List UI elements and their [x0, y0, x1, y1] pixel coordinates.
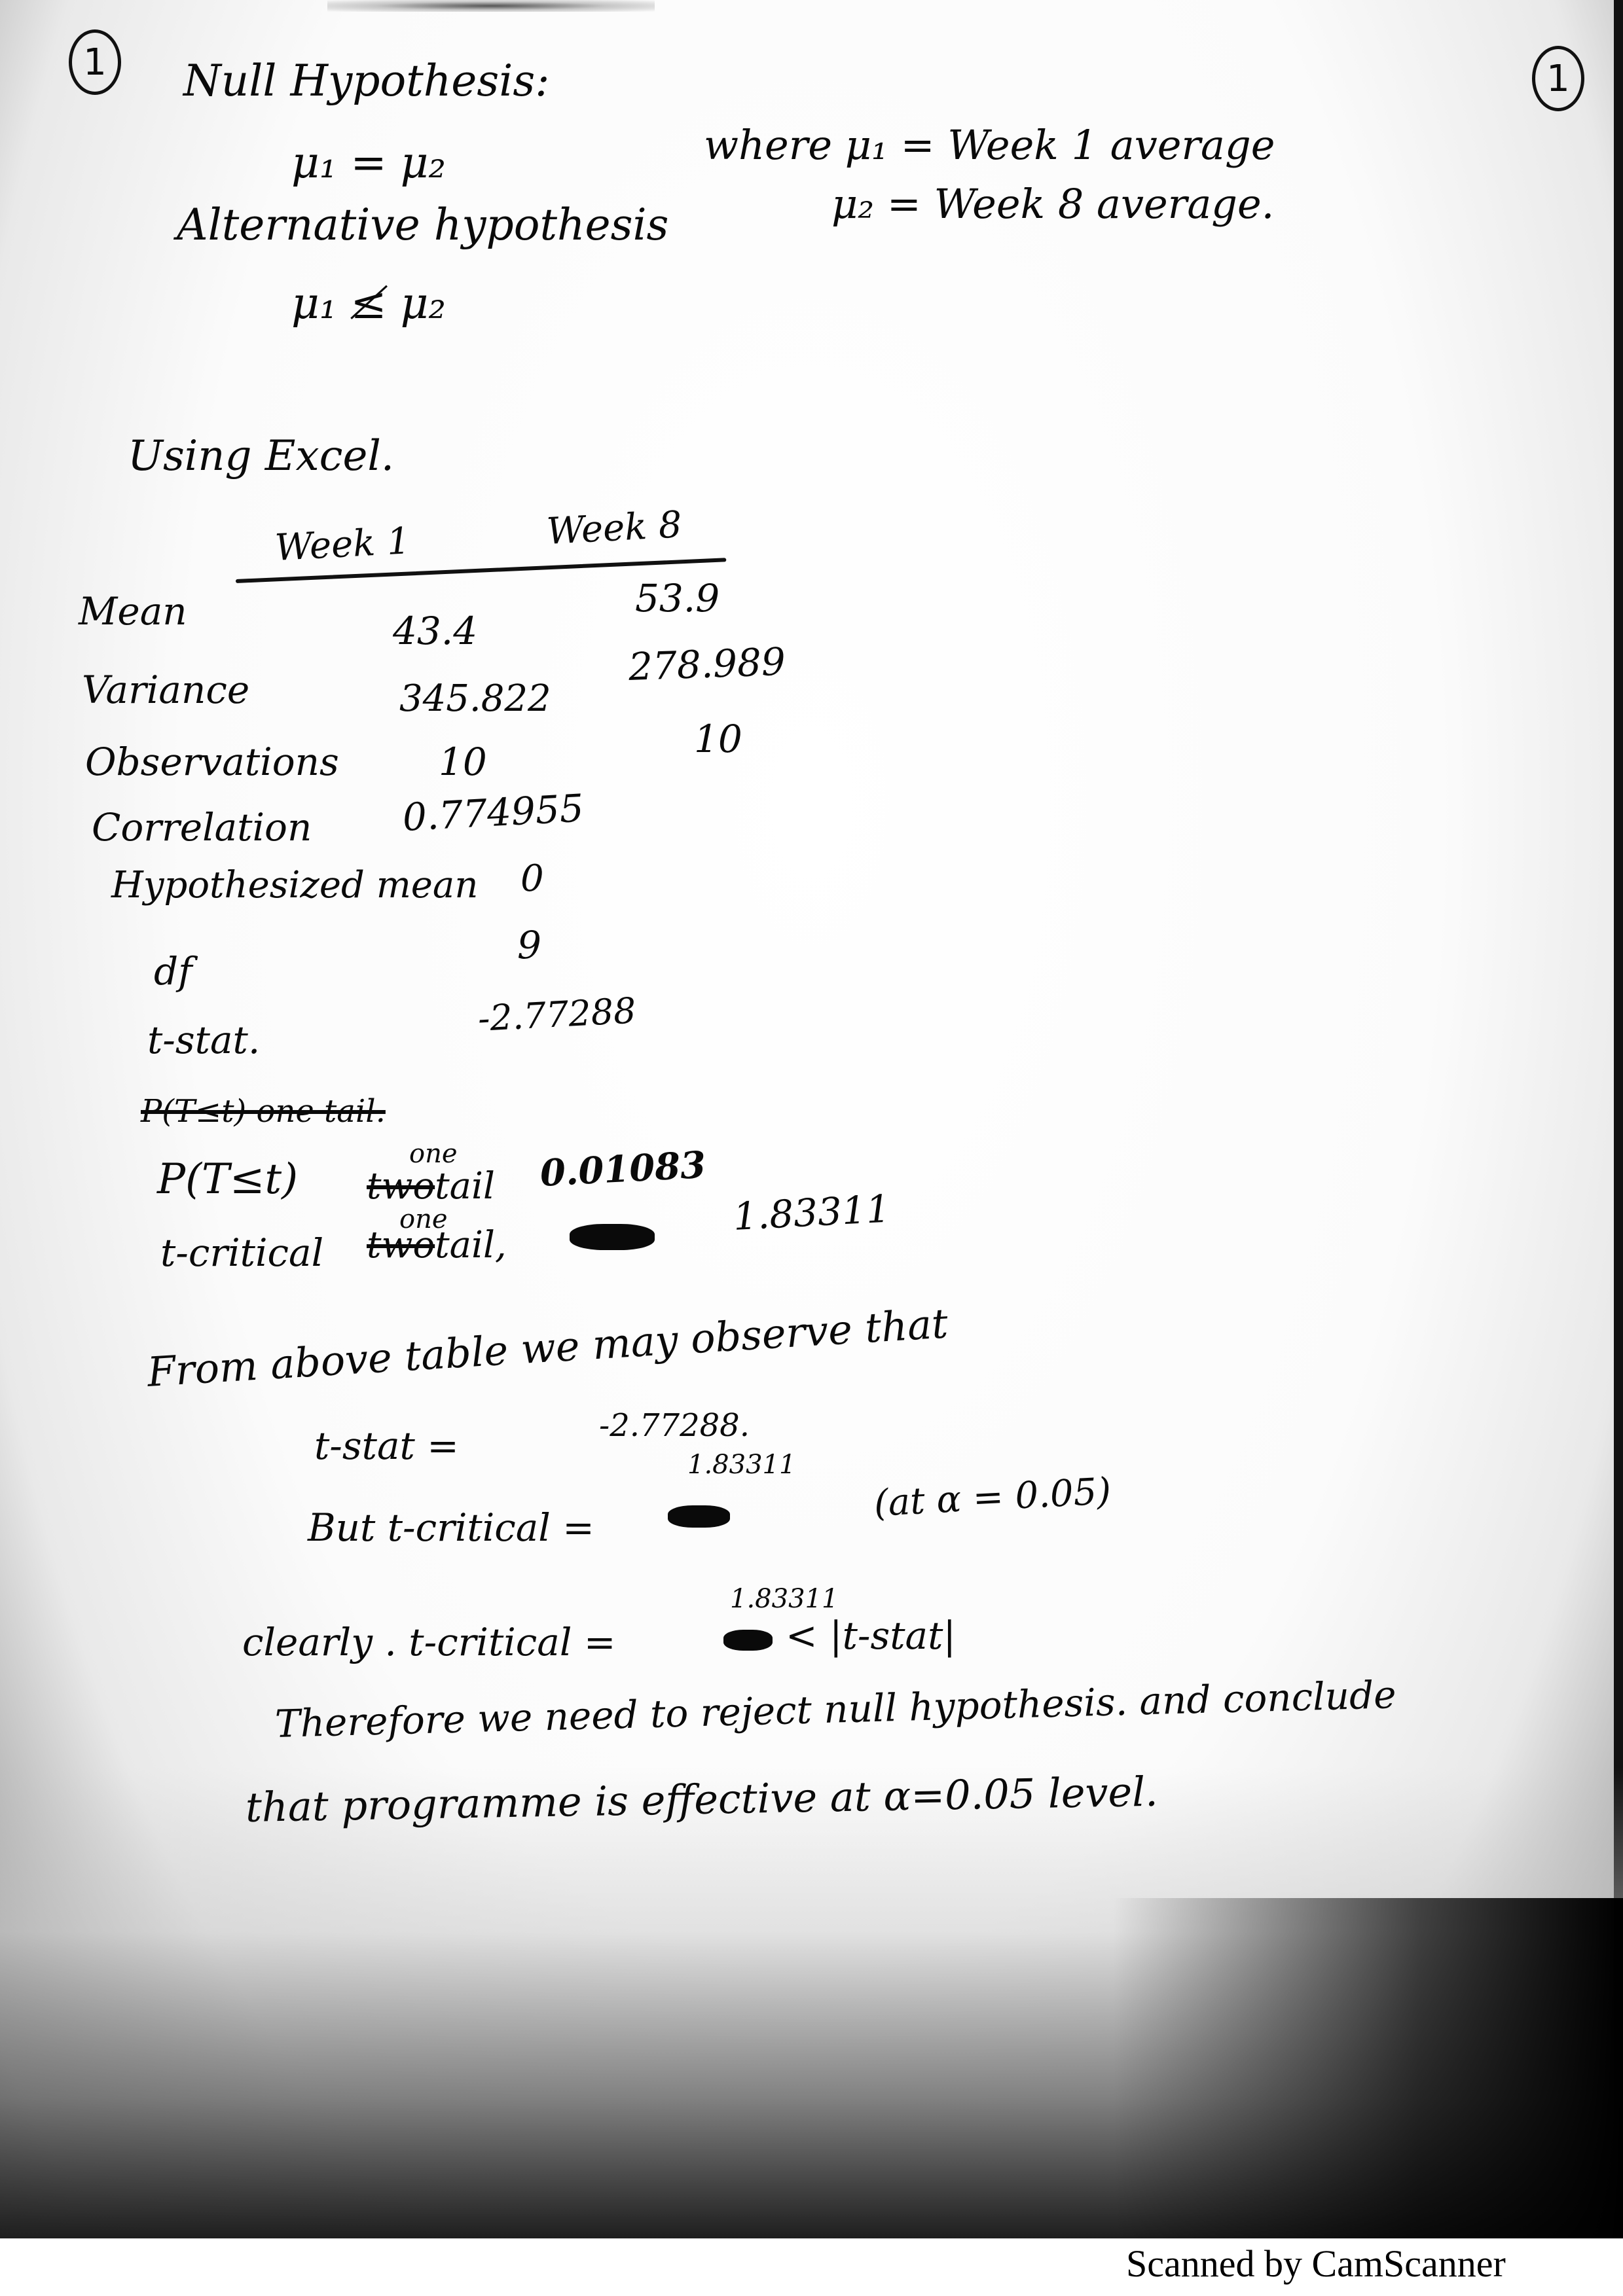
row-label-mean: Mean [79, 589, 187, 634]
scribbled-out-value [668, 1505, 730, 1528]
scan-shadow-corner [1113, 1898, 1623, 2238]
row-label-observations: Observations [85, 740, 339, 784]
df-value: 9 [517, 923, 541, 967]
variance-week1: 345.822 [399, 677, 551, 720]
scribbled-out-value [723, 1630, 773, 1651]
t-critical-line-label: But t-critical = [308, 1505, 594, 1550]
struck-out-p-label: P(T≤t) one tail. [141, 1093, 386, 1130]
scan-smudge [327, 0, 655, 12]
clearly-correction: 1.83311 [730, 1584, 838, 1614]
t-critical-correction: 1.83311 [687, 1450, 795, 1480]
page-number-right: 1 [1532, 46, 1584, 111]
t-critical-tail: twotail, [367, 1224, 507, 1266]
p-value-tail: twotail [367, 1165, 495, 1208]
mean-week8: 53.9 [635, 576, 720, 620]
hypothesized-mean-value: 0 [520, 857, 544, 900]
p-value: 0.01083 [539, 1143, 706, 1195]
row-label-correlation: Correlation [92, 805, 312, 850]
t-stat-value: -2.77288 [477, 990, 637, 1039]
observations-week1: 10 [439, 740, 487, 784]
t-stat-line-value: -2.77288. [599, 1407, 750, 1444]
scanner-watermark: Scanned by CamScanner [1126, 2242, 1506, 2286]
where-mu1-definition: where μ₁ = Week 1 average [704, 121, 1275, 169]
null-hypothesis-label: Null Hypothesis: [183, 56, 549, 106]
observations-week8: 10 [694, 717, 742, 761]
p-value-struck-tail: two [367, 1165, 435, 1208]
where-mu2-definition: μ₂ = Week 8 average. [831, 180, 1274, 228]
scribbled-out-value [570, 1224, 655, 1250]
alt-hypothesis-expr: μ₁ ≰ μ₂ [291, 278, 446, 329]
variance-week8: 278.989 [628, 639, 786, 689]
null-hypothesis-expr: μ₁ = μ₂ [291, 137, 446, 188]
alt-hypothesis-label: Alternative hypothesis [177, 200, 668, 250]
row-label-df: df [154, 949, 192, 994]
column-header-week1: Week 1 [274, 520, 411, 569]
t-critical-label: t-critical [160, 1230, 323, 1275]
mean-week1: 43.4 [393, 609, 477, 653]
page-number-left: 1 [69, 29, 121, 95]
method-note: Using Excel. [128, 432, 394, 480]
row-label-t-stat: t-stat. [147, 1018, 260, 1062]
t-stat-line-label: t-stat = [314, 1424, 459, 1468]
clearly-line-right: < |t-stat| [786, 1613, 956, 1658]
row-label-variance: Variance [82, 668, 249, 712]
t-critical-struck-tail: two [367, 1224, 435, 1266]
column-header-week8: Week 8 [545, 503, 683, 553]
correlation-value: 0.774955 [401, 786, 585, 840]
p-value-label: P(T≤t) [157, 1155, 298, 1204]
row-label-hypothesized-mean: Hypothesized mean [111, 864, 478, 906]
clearly-line-left: clearly . t-critical = [242, 1620, 615, 1664]
t-critical-value: 1.83311 [732, 1186, 891, 1238]
